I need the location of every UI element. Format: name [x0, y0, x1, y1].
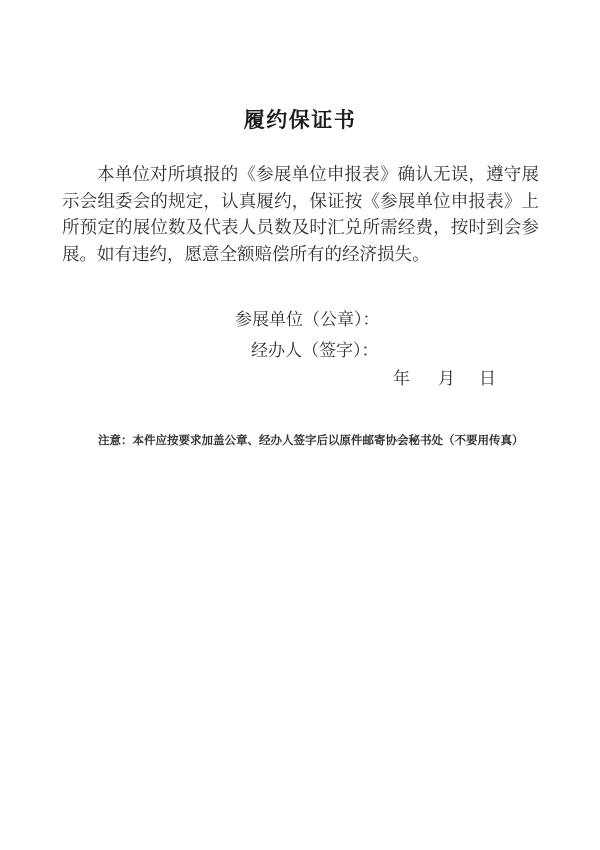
date-line: 年月日	[393, 369, 496, 389]
body-line-1: 本单位对所填报的《参展单位申报表》确认无误，遵守展	[62, 161, 539, 188]
body-line-2: 示会组委会的规定，认真履约，保证按《参展单位申报表》上	[62, 188, 539, 215]
document-title: 履约保证书	[0, 104, 600, 134]
body-paragraph: 本单位对所填报的《参展单位申报表》确认无误，遵守展 示会组委会的规定，认真履约，…	[62, 161, 539, 267]
handler-signature-label: 经办人（签字）：	[251, 341, 379, 361]
body-line-4: 展。如有违约，愿意全额赔偿所有的经济损失。	[62, 241, 539, 268]
date-month-label: 月	[438, 369, 455, 388]
document-page: 履约保证书 本单位对所填报的《参展单位申报表》确认无误，遵守展 示会组委会的规定…	[0, 0, 600, 850]
footer-note: 注意：本件应按要求加盖公章、经办人签字后以原件邮寄协会秘书处（不要用传真）	[98, 434, 538, 449]
body-line-3: 所预定的展位数及代表人员数及时汇兑所需经费，按时到会参	[62, 214, 539, 241]
date-year-label: 年	[393, 369, 410, 388]
exhibitor-seal-label: 参展单位（公章）：	[235, 310, 380, 330]
date-day-label: 日	[479, 369, 496, 388]
